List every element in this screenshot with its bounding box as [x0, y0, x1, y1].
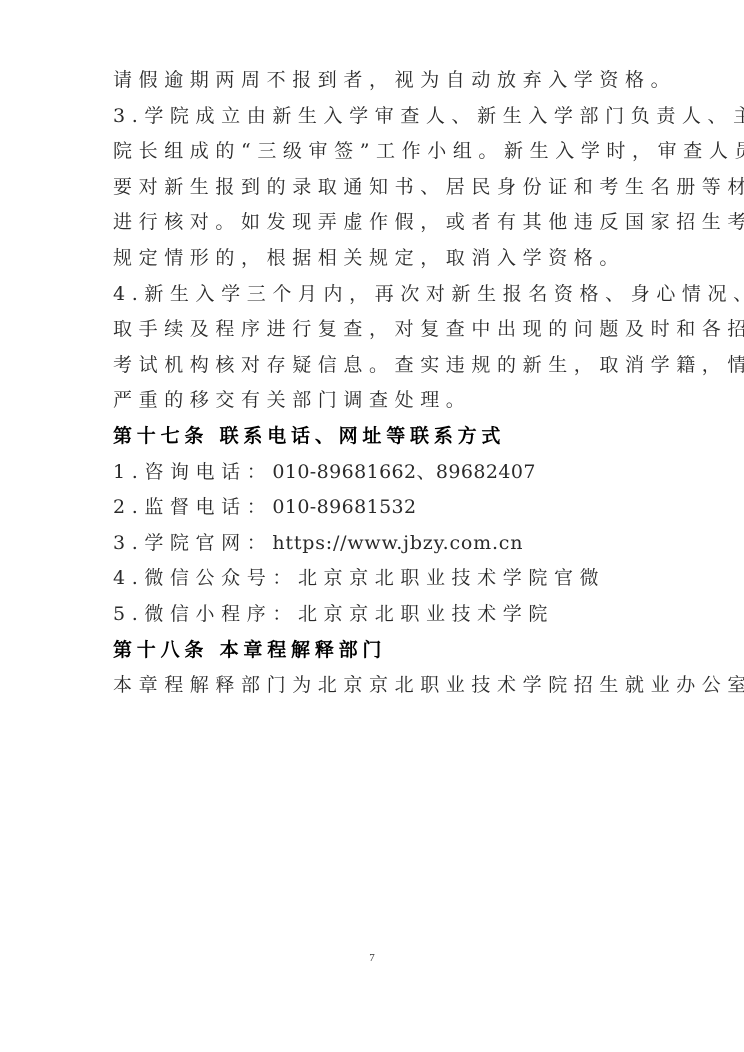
- contact-label: 1.咨询电话：: [113, 461, 272, 483]
- contact-item-website: 3.学院官网：https://www.jbzy.com.cn: [113, 526, 633, 562]
- paragraph-line: 进行核对。如发现弄虚作假，或者有其他违反国家招生考试: [113, 205, 633, 241]
- contact-value: 010-89681532: [272, 496, 416, 518]
- paragraph-line: 4.新生入学三个月内，再次对新生报名资格、身心情况、录: [113, 277, 633, 313]
- contact-label: 3.学院官网：: [113, 532, 272, 554]
- paragraph-line: 取手续及程序进行复查，对复查中出现的问题及时和各招生: [113, 312, 633, 348]
- website-link[interactable]: https://www.jbzy.com.cn: [272, 532, 523, 554]
- contact-item-supervision-phone: 2.监督电话：010-89681532: [113, 490, 633, 526]
- contact-label: 5.微信小程序：: [113, 603, 298, 625]
- paragraph-line: 规定情形的，根据相关规定，取消入学资格。: [113, 241, 633, 277]
- document-page: 请假逾期两周不报到者，视为自动放弃入学资格。 3.学院成立由新生入学审查人、新生…: [113, 63, 633, 704]
- paragraph-line: 3.学院成立由新生入学审查人、新生入学部门负责人、主管: [113, 99, 633, 135]
- paragraph-line: 请假逾期两周不报到者，视为自动放弃入学资格。: [113, 63, 633, 99]
- contact-value: 北京京北职业技术学院官微: [298, 567, 605, 589]
- contact-item-wechat-account: 4.微信公众号：北京京北职业技术学院官微: [113, 561, 633, 597]
- paragraph-line: 要对新生报到的录取通知书、居民身份证和考生名册等材料: [113, 170, 633, 206]
- contact-value: 北京京北职业技术学院: [298, 603, 554, 625]
- paragraph-line: 严重的移交有关部门调查处理。: [113, 383, 633, 419]
- section-17-heading: 第十七条 联系电话、网址等联系方式: [113, 419, 633, 455]
- contact-label: 4.微信公众号：: [113, 567, 298, 589]
- paragraph-line: 考试机构核对存疑信息。查实违规的新生，取消学籍，情节: [113, 348, 633, 384]
- contact-value: 010-89681662、89682407: [272, 461, 536, 483]
- contact-item-wechat-miniprogram: 5.微信小程序：北京京北职业技术学院: [113, 597, 633, 633]
- page-number: 7: [0, 952, 744, 964]
- contact-label: 2.监督电话：: [113, 496, 272, 518]
- section-18-body: 本章程解释部门为北京京北职业技术学院招生就业办公室。: [113, 668, 633, 704]
- paragraph-line: 院长组成的“三级审签”工作小组。新生入学时，审查人员: [113, 134, 633, 170]
- contact-item-consult-phone: 1.咨询电话：010-89681662、89682407: [113, 455, 633, 491]
- section-18-heading: 第十八条 本章程解释部门: [113, 633, 633, 669]
